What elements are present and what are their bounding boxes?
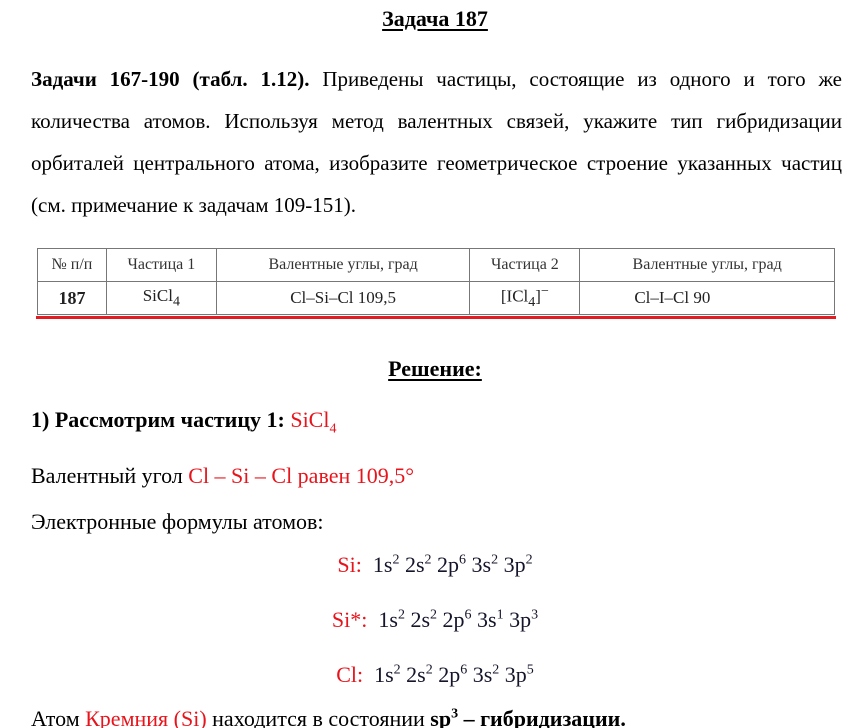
problem-range: Задачи 167-190 (табл. 1.12). (31, 67, 309, 91)
table-row: 187 SiCl4 Cl–Si–Cl 109,5 [ICl4]− Cl–I–Cl… (38, 282, 835, 315)
header-angles-1: Валентные углы, град (216, 249, 470, 282)
header-particle-2: Частица 2 (470, 249, 580, 282)
angle-2-cell: Cl–I–Cl 90 (580, 282, 835, 315)
header-angles-2: Валентные углы, град (580, 249, 835, 282)
config: 1s2 2s2 2p6 3s2 3p5 (374, 662, 534, 687)
particle-2-formula: [ICl (501, 287, 528, 306)
electron-formulas-heading: Электронные формулы атомов: (31, 509, 324, 535)
valence-angle-label: Валентный угол (31, 463, 188, 488)
step-1-label: 1) Рассмотрим частицу 1: (31, 407, 290, 432)
element-label: Si: (337, 552, 361, 577)
problem-statement: Задачи 167-190 (табл. 1.12). Приведены ч… (31, 58, 842, 226)
formula-si-excited: Si*: 1s2 2s2 2p6 3s1 3p3 (0, 607, 860, 633)
particle-1-cell: SiCl4 (106, 282, 216, 315)
particle-2-cell: [ICl4]− (470, 282, 580, 315)
angle-1-cell: Cl–Si–Cl 109,5 (216, 282, 470, 315)
conclusion-line: Атом Кремния (Si) находится в состоянии … (31, 706, 626, 728)
step-1-heading: 1) Рассмотрим частицу 1: SiCl4 (31, 407, 336, 437)
particle-2-charge: − (541, 284, 549, 299)
conclusion-middle: находится в состоянии (207, 706, 431, 728)
row-number: 187 (38, 282, 107, 315)
header-particle-1: Частица 1 (106, 249, 216, 282)
valence-angle-line: Валентный угол Cl – Si – Cl равен 109,5° (31, 463, 414, 489)
particles-table: № п/п Частица 1 Валентные углы, град Час… (37, 248, 835, 315)
particle-1-formula: SiCl (143, 286, 173, 305)
solution-heading: Решение: (0, 356, 860, 382)
conclusion-atom: Кремния (Si) (85, 706, 207, 728)
element-label: Si*: (332, 607, 367, 632)
header-number: № п/п (38, 249, 107, 282)
table-header-row: № п/п Частица 1 Валентные углы, град Час… (38, 249, 835, 282)
particle-1-subscript: 4 (173, 294, 180, 309)
red-underline-divider (36, 316, 836, 319)
formula-cl: Cl: 1s2 2s2 2p6 3s2 3p5 (0, 662, 860, 688)
conclusion-hybridization: sp3 – гибридизации. (430, 706, 626, 728)
conclusion-prefix: Атом (31, 706, 85, 728)
config: 1s2 2s2 2p6 3s2 3p2 (373, 552, 533, 577)
formula-si: Si: 1s2 2s2 2p6 3s2 3p2 (0, 552, 860, 578)
valence-angle-value: Cl – Si – Cl равен 109,5° (188, 463, 414, 488)
problem-title: Задача 187 (0, 6, 860, 32)
step-1-particle: SiCl4 (290, 407, 336, 432)
element-label: Cl: (336, 662, 363, 687)
config: 1s2 2s2 2p6 3s1 3p3 (378, 607, 538, 632)
